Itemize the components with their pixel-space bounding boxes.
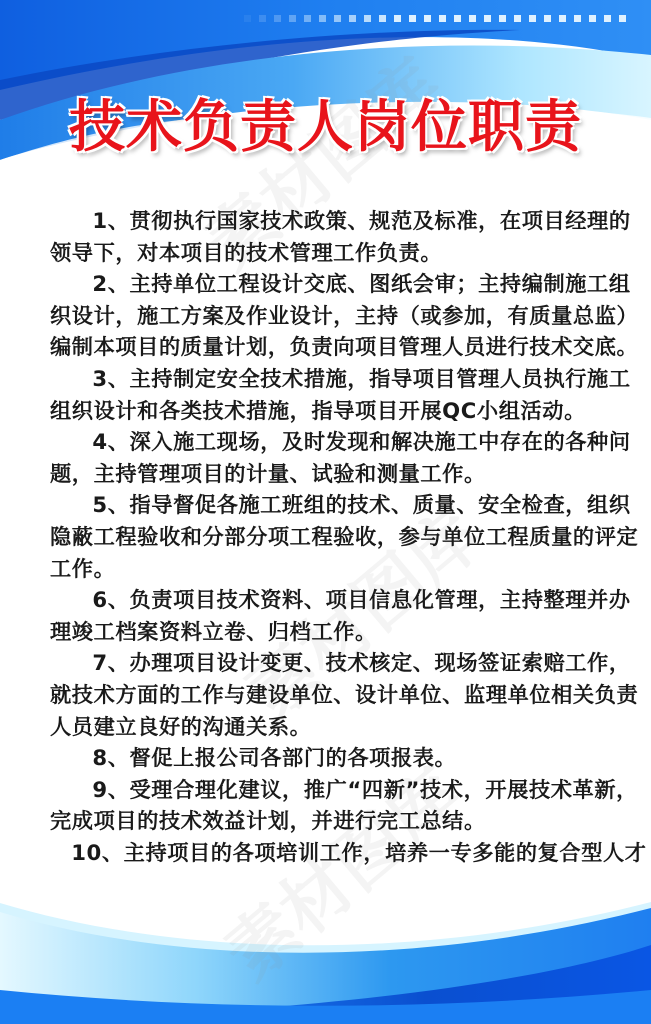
duty-list: 1、贯彻执行国家技术政策、规范及标准，在项目经理的领导下，对本项目的技术管理工作… xyxy=(50,205,645,868)
decorative-dot xyxy=(499,15,506,22)
duty-item-3: 3、主持制定安全技术措施，指导项目管理人员执行施工组织设计和各类技术措施，指导项… xyxy=(50,363,645,426)
decorative-dot xyxy=(574,15,581,22)
decorative-dot xyxy=(559,15,566,22)
duty-item-10: 10、主持项目的各项培训工作，培养一专多能的复合型人才 xyxy=(50,837,645,869)
duty-item-4: 4、深入施工现场，及时发现和解决施工中存在的各种问题，主持管理项目的计量、试验和… xyxy=(50,426,645,489)
duty-item-9: 9、受理合理化建议，推广“四新”技术，开展技术革新，完成项目的技术效益计划，并进… xyxy=(50,774,645,837)
duty-item-1: 1、贯彻执行国家技术政策、规范及标准，在项目经理的领导下，对本项目的技术管理工作… xyxy=(50,205,645,268)
decorative-dot xyxy=(514,15,521,22)
duty-item-6: 6、负责项目技术资料、项目信息化管理，主持整理并办理竣工档案资料立卷、归档工作。 xyxy=(50,584,645,647)
decorative-dot xyxy=(274,15,281,22)
decorative-dot xyxy=(439,15,446,22)
decorative-dot xyxy=(319,15,326,22)
decorative-dot xyxy=(244,15,251,22)
decorative-dot xyxy=(604,15,611,22)
decorative-dot xyxy=(454,15,461,22)
decorative-dot xyxy=(589,15,596,22)
decorative-dot xyxy=(529,15,536,22)
decorative-dot xyxy=(379,15,386,22)
decorative-dot-row xyxy=(0,15,651,25)
decorative-dot xyxy=(364,15,371,22)
decorative-dot xyxy=(469,15,476,22)
decorative-dot xyxy=(409,15,416,22)
decorative-dot xyxy=(394,15,401,22)
duty-item-2: 2、主持单位工程设计交底、图纸会审；主持编制施工组织设计，施工方案及作业设计，主… xyxy=(50,268,645,363)
decorative-dot xyxy=(349,15,356,22)
decorative-dot xyxy=(259,15,266,22)
decorative-dot xyxy=(544,15,551,22)
poster-title: 技术负责人岗位职责 xyxy=(0,88,651,168)
decorative-dot xyxy=(289,15,296,22)
decorative-dot xyxy=(424,15,431,22)
decorative-dot xyxy=(334,15,341,22)
decorative-dot xyxy=(484,15,491,22)
decorative-dot xyxy=(619,15,626,22)
decorative-dot xyxy=(304,15,311,22)
duty-item-5: 5、指导督促各施工班组的技术、质量、安全检查，组织隐蔽工程验收和分部分项工程验收… xyxy=(50,489,645,584)
duty-item-8: 8、督促上报公司各部门的各项报表。 xyxy=(50,742,645,774)
duty-item-7: 7、办理项目设计变更、技术核定、现场签证索赔工作，就技术方面的工作与建设单位、设… xyxy=(50,647,645,742)
poster: 素材图库 素材图库 素材图库 技术负责人岗位职责 1、贯彻执行国家技术政策、规范… xyxy=(0,0,651,1024)
